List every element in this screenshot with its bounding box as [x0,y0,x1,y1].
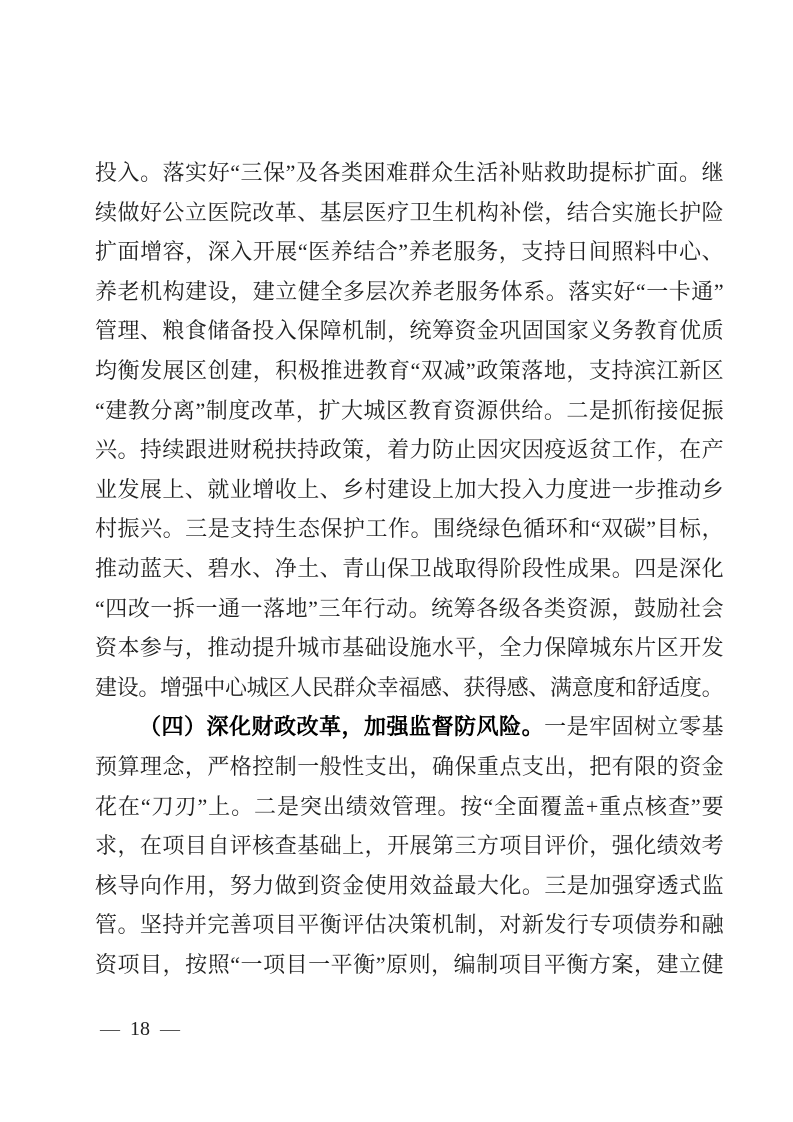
text-line: 业发展上、就业增收上、乡村建设上加大投入力度进一步推动乡 [95,470,723,510]
text-line: 资本参与，推动提升城市基础设施水平，全力保障城东片区开发 [95,628,723,668]
heading-rest-text: 一是牢固树立零基 [544,714,723,739]
text-line: 兴。持续跟进财税扶持政策，着力防止因灾因疫返贫工作，在产 [95,430,723,470]
text-line: 求，在项目自评核查基础上，开展第三方项目评价，强化绩效考 [95,826,723,866]
page-footer: —18— [100,1013,180,1045]
text-line: 推动蓝天、碧水、净土、青山保卫战取得阶段性成果。四是深化 [95,549,723,589]
text-line: 扩面增容，深入开展“医养结合”养老服务，支持日间照料中心、 [95,232,723,272]
text-line: 投入。落实好“三保”及各类困难群众生活补贴救助提标扩面。继 [95,153,723,193]
text-line: 核导向作用，努力做到资金使用效益最大化。三是加强穿透式监 [95,866,723,906]
page-number: 18 [130,1018,150,1040]
text-block: 投入。落实好“三保”及各类困难群众生活补贴救助提标扩面。继 续做好公立医院改革、… [95,153,723,984]
footer-dash-right: — [160,1018,180,1040]
text-line: 花在“刀刃”上。二是突出绩效管理。按“全面覆盖+重点核查”要 [95,787,723,827]
text-line: 管。坚持并完善项目平衡评估决策机制，对新发行专项债券和融 [95,905,723,945]
text-line: 建设。增强中心城区人民群众幸福感、获得感、满意度和舒适度。 [95,668,723,708]
document-page: 投入。落实好“三保”及各类困难群众生活补贴救助提标扩面。继 续做好公立医院改革、… [0,0,793,1122]
text-line: 资项目，按照“一项目一平衡”原则，编制项目平衡方案，建立健 [95,945,723,985]
text-line: 续做好公立医院改革、基层医疗卫生机构补偿，结合实施长护险 [95,193,723,233]
footer-dash-left: — [100,1018,120,1040]
text-line: 村振兴。三是支持生态保护工作。围绕绿色循环和“双碳”目标， [95,509,723,549]
text-line: 管理、粮食储备投入保障机制，统筹资金巩固国家义务教育优质 [95,311,723,351]
text-line: 均衡发展区创建，积极推进教育“双减”政策落地，支持滨江新区 [95,351,723,391]
text-line: 预算理念，严格控制一般性支出，确保重点支出，把有限的资金 [95,747,723,787]
heading-bold-text: （四）深化财政改革，加强监督防风险。 [139,714,544,739]
text-line: “建教分离”制度改革，扩大城区教育资源供给。二是抓衔接促振 [95,391,723,431]
text-line: 养老机构建设，建立健全多层次养老服务体系。落实好“一卡通” [95,272,723,312]
text-line: “四改一拆一通一落地”三年行动。统筹各级各类资源，鼓励社会 [95,589,723,629]
paragraph-heading-line: （四）深化财政改革，加强监督防风险。一是牢固树立零基 [95,707,723,747]
